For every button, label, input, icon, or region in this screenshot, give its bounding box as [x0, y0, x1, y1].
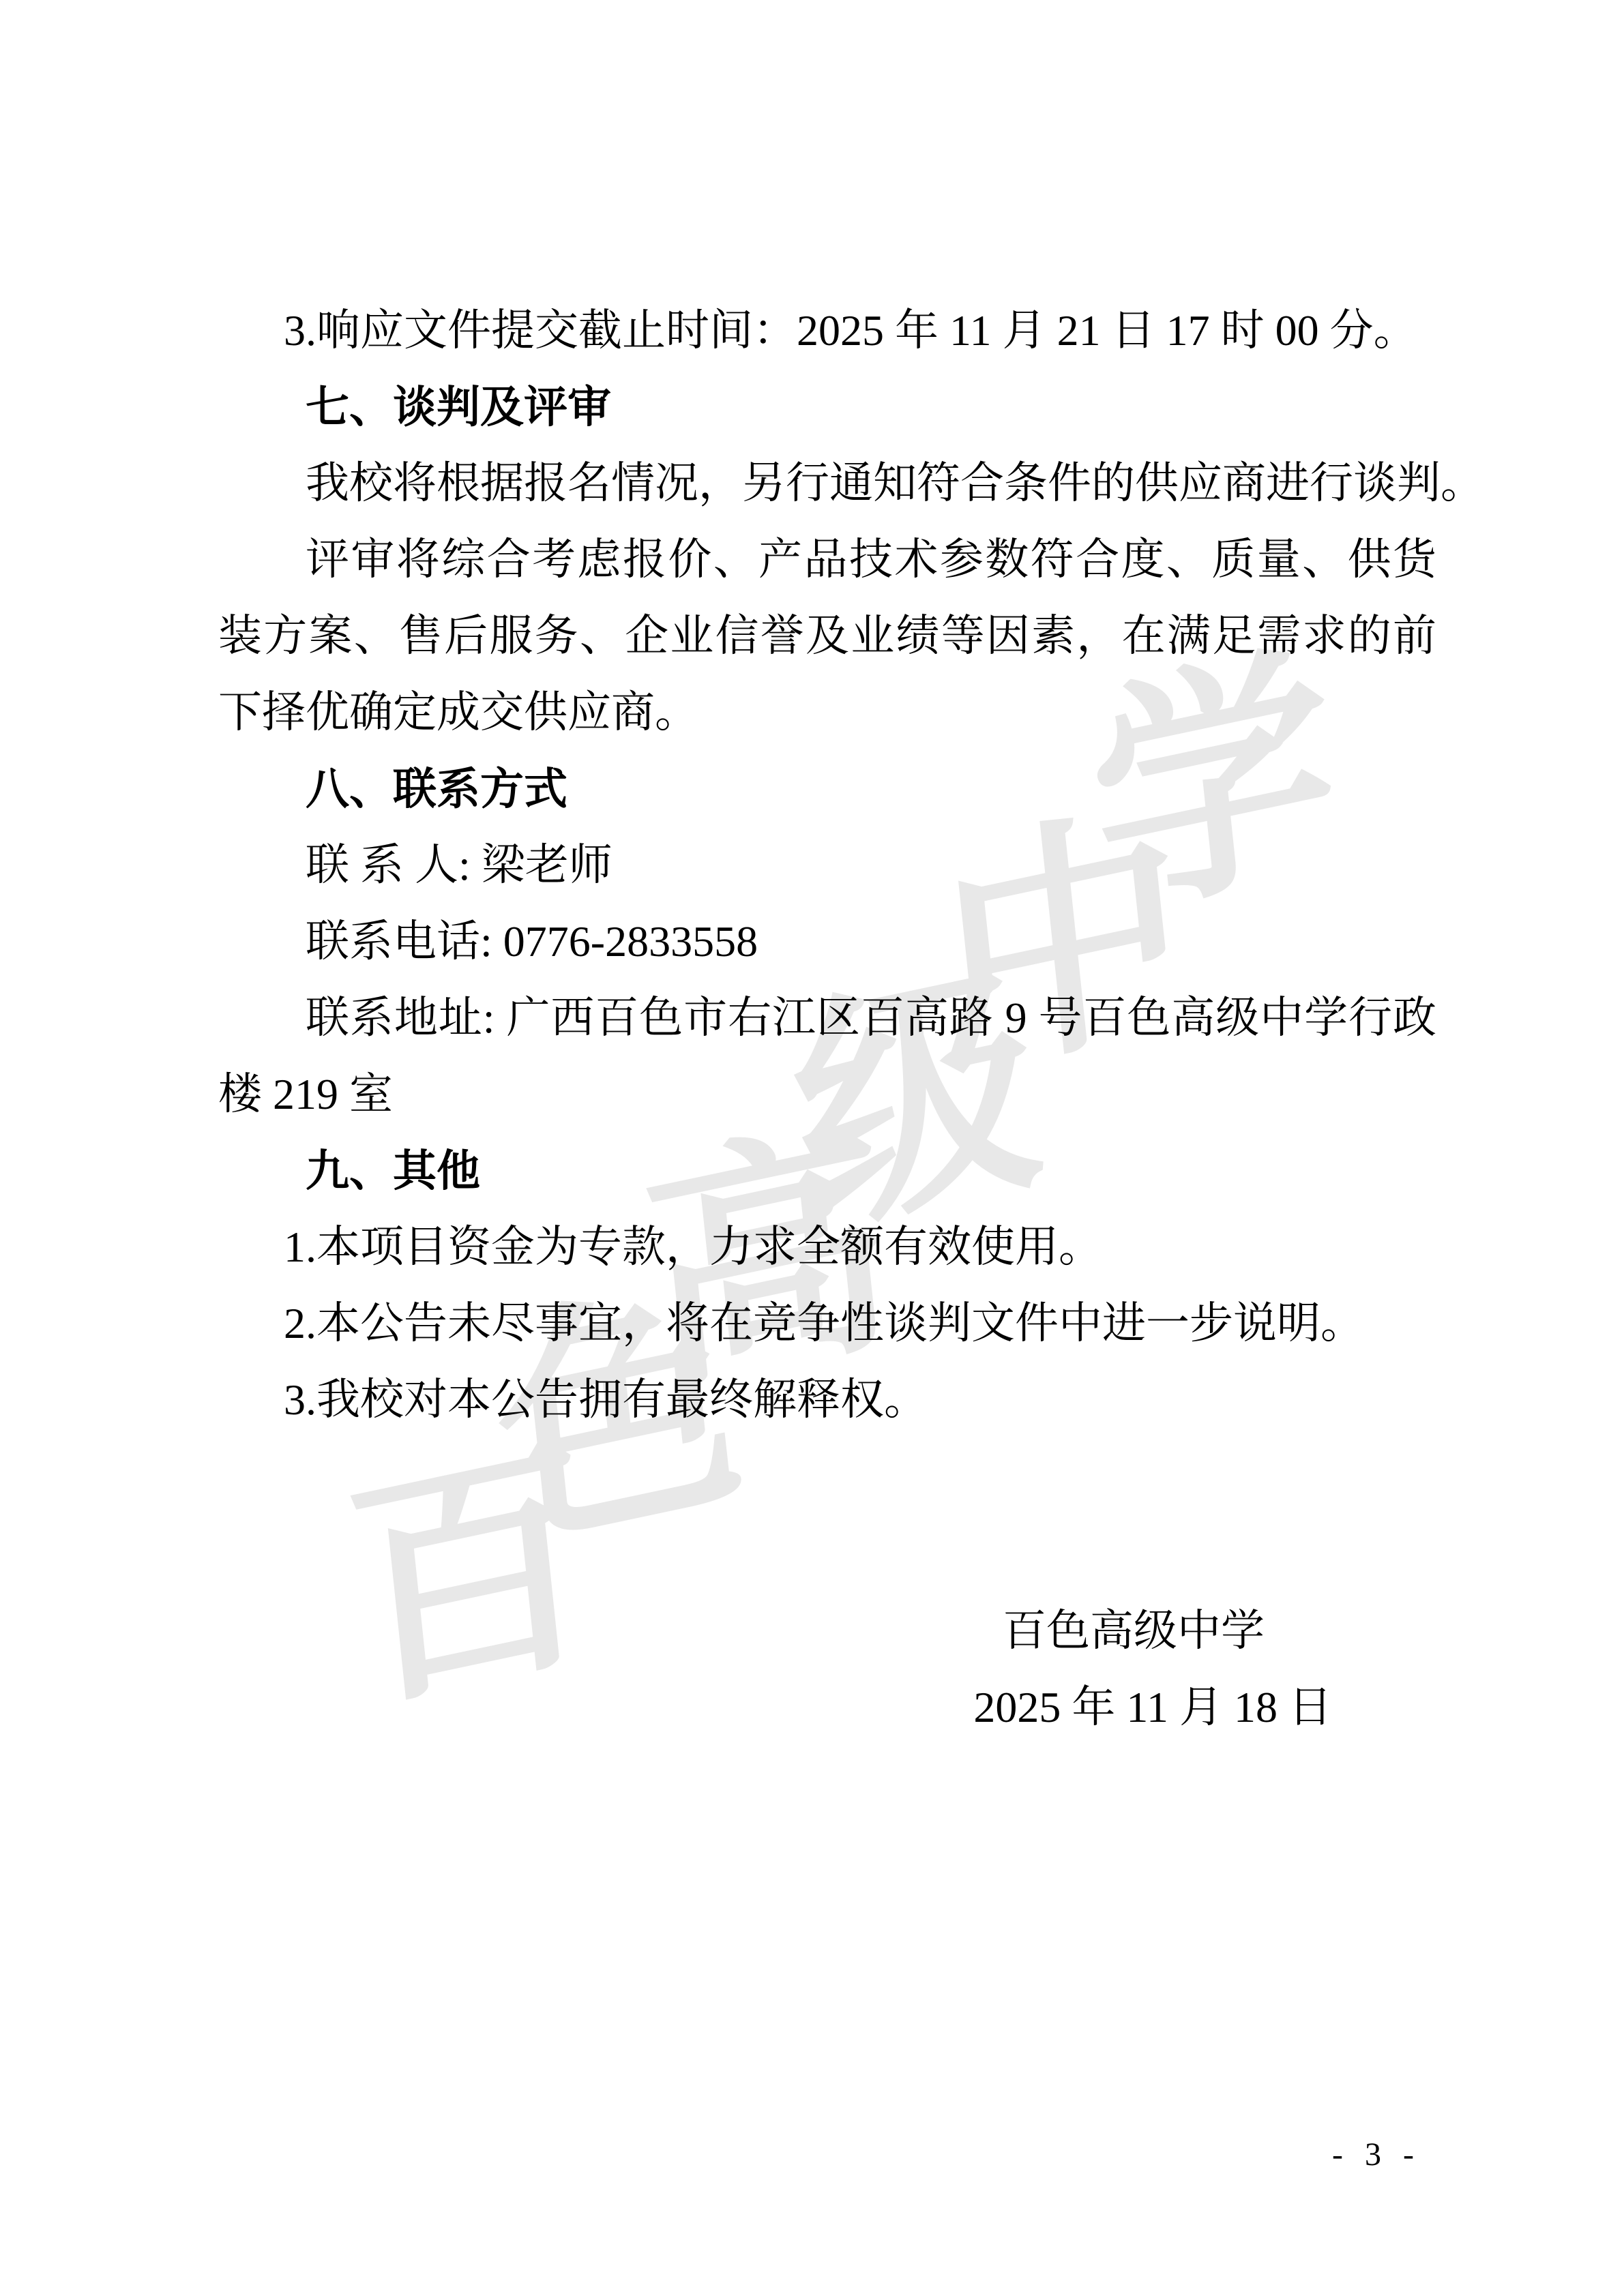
negotiation-notice-line: 我校将根据报名情况，另行通知符合条件的供应商进行谈判。	[218, 445, 1436, 522]
other-item-3: 3.我校对本公告拥有最终解释权。	[218, 1362, 1436, 1438]
document-body: 3.响应文件提交截止时间：2025 年 11 月 21 日 17 时 00 分。…	[218, 293, 1436, 1746]
deadline-line: 3.响应文件提交截止时间：2025 年 11 月 21 日 17 时 00 分。	[218, 293, 1436, 369]
section-7-heading: 七、谈判及评审	[218, 369, 1436, 445]
signature-date: 2025 年 11 月 18 日	[218, 1669, 1436, 1746]
signature-org: 百色高级中学	[218, 1593, 1436, 1669]
contact-person-line: 联 系 人: 梁老师	[218, 827, 1436, 904]
evaluation-line-3: 下择优确定成交供应商。	[218, 674, 1436, 751]
page-number: - 3 -	[1332, 2136, 1421, 2174]
section-9-heading: 九、其他	[218, 1133, 1436, 1209]
section-8-heading: 八、联系方式	[218, 751, 1436, 827]
contact-address-line-1: 联系地址: 广西百色市右江区百高路 9 号百色高级中学行政	[218, 980, 1436, 1056]
evaluation-line-1: 评审将综合考虑报价、产品技术参数符合度、质量、供货安	[218, 522, 1436, 598]
other-item-1: 1.本项目资金为专款，力求全额有效使用。	[218, 1209, 1436, 1285]
evaluation-line-2: 装方案、售后服务、企业信誉及业绩等因素，在满足需求的前提	[218, 598, 1436, 674]
contact-address-line-2: 楼 219 室	[218, 1056, 1436, 1133]
other-item-2: 2.本公告未尽事宜，将在竞争性谈判文件中进一步说明。	[218, 1285, 1436, 1362]
contact-phone-line: 联系电话: 0776-2833558	[218, 904, 1436, 980]
document-page: 百 色 高 级 中 学 3.响应文件提交截止时间：2025 年 11 月 21 …	[0, 0, 1624, 2296]
